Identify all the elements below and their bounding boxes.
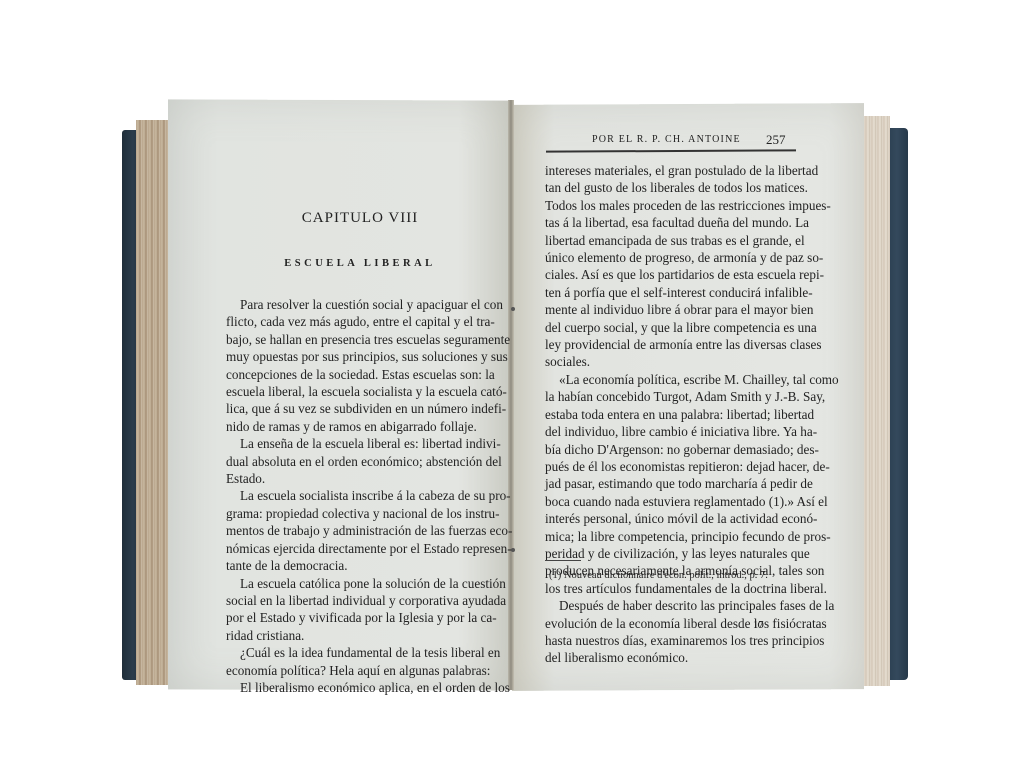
- text-line: escuela liberal, la escuela socialista y…: [226, 383, 472, 400]
- text-line: ciales. Así es que los partidarios de es…: [545, 266, 795, 283]
- binding-hole: [511, 307, 515, 311]
- text-line: Después de haber descrito las principale…: [545, 597, 795, 614]
- text-line: jad pasar, estimando que todo marcharía …: [545, 475, 795, 492]
- text-line: Todos los males proceden de las restricc…: [545, 197, 795, 214]
- text-line: tas á la libertad, esa facultad dueña de…: [545, 214, 795, 231]
- text-line: del cuerpo social, y que la libre compet…: [545, 319, 795, 336]
- text-line: concepciones de la sociedad. Estas escue…: [226, 366, 472, 383]
- text-line: economía política? Hela aquí en algunas …: [226, 662, 472, 679]
- text-line: peridad y de civilización, y las leyes n…: [545, 545, 795, 562]
- text-line: Estado.: [226, 470, 472, 487]
- text-line: ridad cristiana.: [226, 627, 472, 644]
- signature-mark: 17: [753, 620, 764, 631]
- footnote: (1) Nouveau dictionnaire d'écon. polit.,…: [549, 570, 768, 581]
- chapter-title: CAPITULO VIII: [220, 210, 500, 227]
- text-line: bía dicho D'Argenson: no gobernar demasi…: [545, 441, 795, 458]
- text-line: social en la libertad individual y corpo…: [226, 592, 472, 609]
- binding-hole: [511, 548, 515, 552]
- book-gutter: [508, 100, 514, 690]
- text-line: El liberalismo económico aplica, en el o…: [226, 679, 472, 696]
- text-line: La enseña de la escuela liberal es: libe…: [226, 435, 472, 452]
- text-line: grama: propiedad colectiva y nacional de…: [226, 505, 472, 522]
- text-line: mica; la libre competencia, principio fe…: [545, 528, 795, 545]
- text-line: ¿Cuál es la idea fundamental de la tesis…: [226, 644, 472, 661]
- text-line: estaba toda entera en una palabra: liber…: [545, 406, 795, 423]
- text-line: muy opuestas por sus principios, sus sol…: [226, 348, 472, 365]
- text-line: del individuo, libre cambio é iniciativa…: [545, 423, 795, 440]
- text-line: los tres artículos fundamentales de la d…: [545, 580, 795, 597]
- left-page-body: Para resolver la cuestión social y apaci…: [226, 296, 472, 696]
- text-line: pués de él los economistas repitieron: d…: [545, 458, 795, 475]
- text-line: la habían concebido Turgot, Adam Smith y…: [545, 388, 795, 405]
- text-line: ley providencial de armonía entre las di…: [545, 336, 795, 353]
- section-title: ESCUELA LIBERAL: [220, 258, 500, 269]
- text-line: tan del gusto de los liberales de todos …: [545, 179, 795, 196]
- text-line: lica, que á su vez se subdividen en un n…: [226, 400, 472, 417]
- text-line: libertad emancipada de sus trabas es el …: [545, 232, 795, 249]
- text-line: del liberalismo económico.: [545, 649, 795, 666]
- text-line: interés personal, único móvil de la acti…: [545, 510, 795, 527]
- text-line: único elemento de progreso, de armonía y…: [545, 249, 795, 266]
- text-line: sociales.: [545, 353, 795, 370]
- text-line: boca cuando nada estuviera reglamentado …: [545, 493, 795, 510]
- text-line: «La economía política, escribe M. Chaill…: [545, 371, 795, 388]
- text-line: Para resolver la cuestión social y apaci…: [226, 296, 472, 313]
- text-line: ten á porfía que el self-interest conduc…: [545, 284, 795, 301]
- running-head: POR EL R. P. CH. ANTOINE: [592, 134, 822, 145]
- text-line: mentos de trabajo y administración de la…: [226, 522, 472, 539]
- footnote-rule: [545, 560, 581, 561]
- text-line: nido de ramas y de ramos en abigarrado f…: [226, 418, 472, 435]
- text-line: intereses materiales, el gran postulado …: [545, 162, 795, 179]
- right-page-body: intereses materiales, el gran postulado …: [545, 162, 795, 667]
- open-book: CAPITULO VIII ESCUELA LIBERAL Para resol…: [0, 0, 1023, 768]
- text-line: bajo, se hallan en presencia tres escuel…: [226, 331, 472, 348]
- page-number: 257: [766, 132, 786, 148]
- text-line: dual absoluta en el orden económico; abs…: [226, 453, 472, 470]
- text-line: nómicas ejercida directamente por el Est…: [226, 540, 472, 557]
- text-line: por el Estado y vivificada por la Iglesi…: [226, 609, 472, 626]
- text-line: hasta nuestros días, examinaremos los tr…: [545, 632, 795, 649]
- text-line: flicto, cada vez más agudo, entre el cap…: [226, 313, 472, 330]
- text-line: La escuela católica pone la solución de …: [226, 575, 472, 592]
- text-line: La escuela socialista inscribe á la cabe…: [226, 487, 472, 504]
- text-line: tante de la democracia.: [226, 557, 472, 574]
- text-line: mente al individuo libre á obrar para el…: [545, 301, 795, 318]
